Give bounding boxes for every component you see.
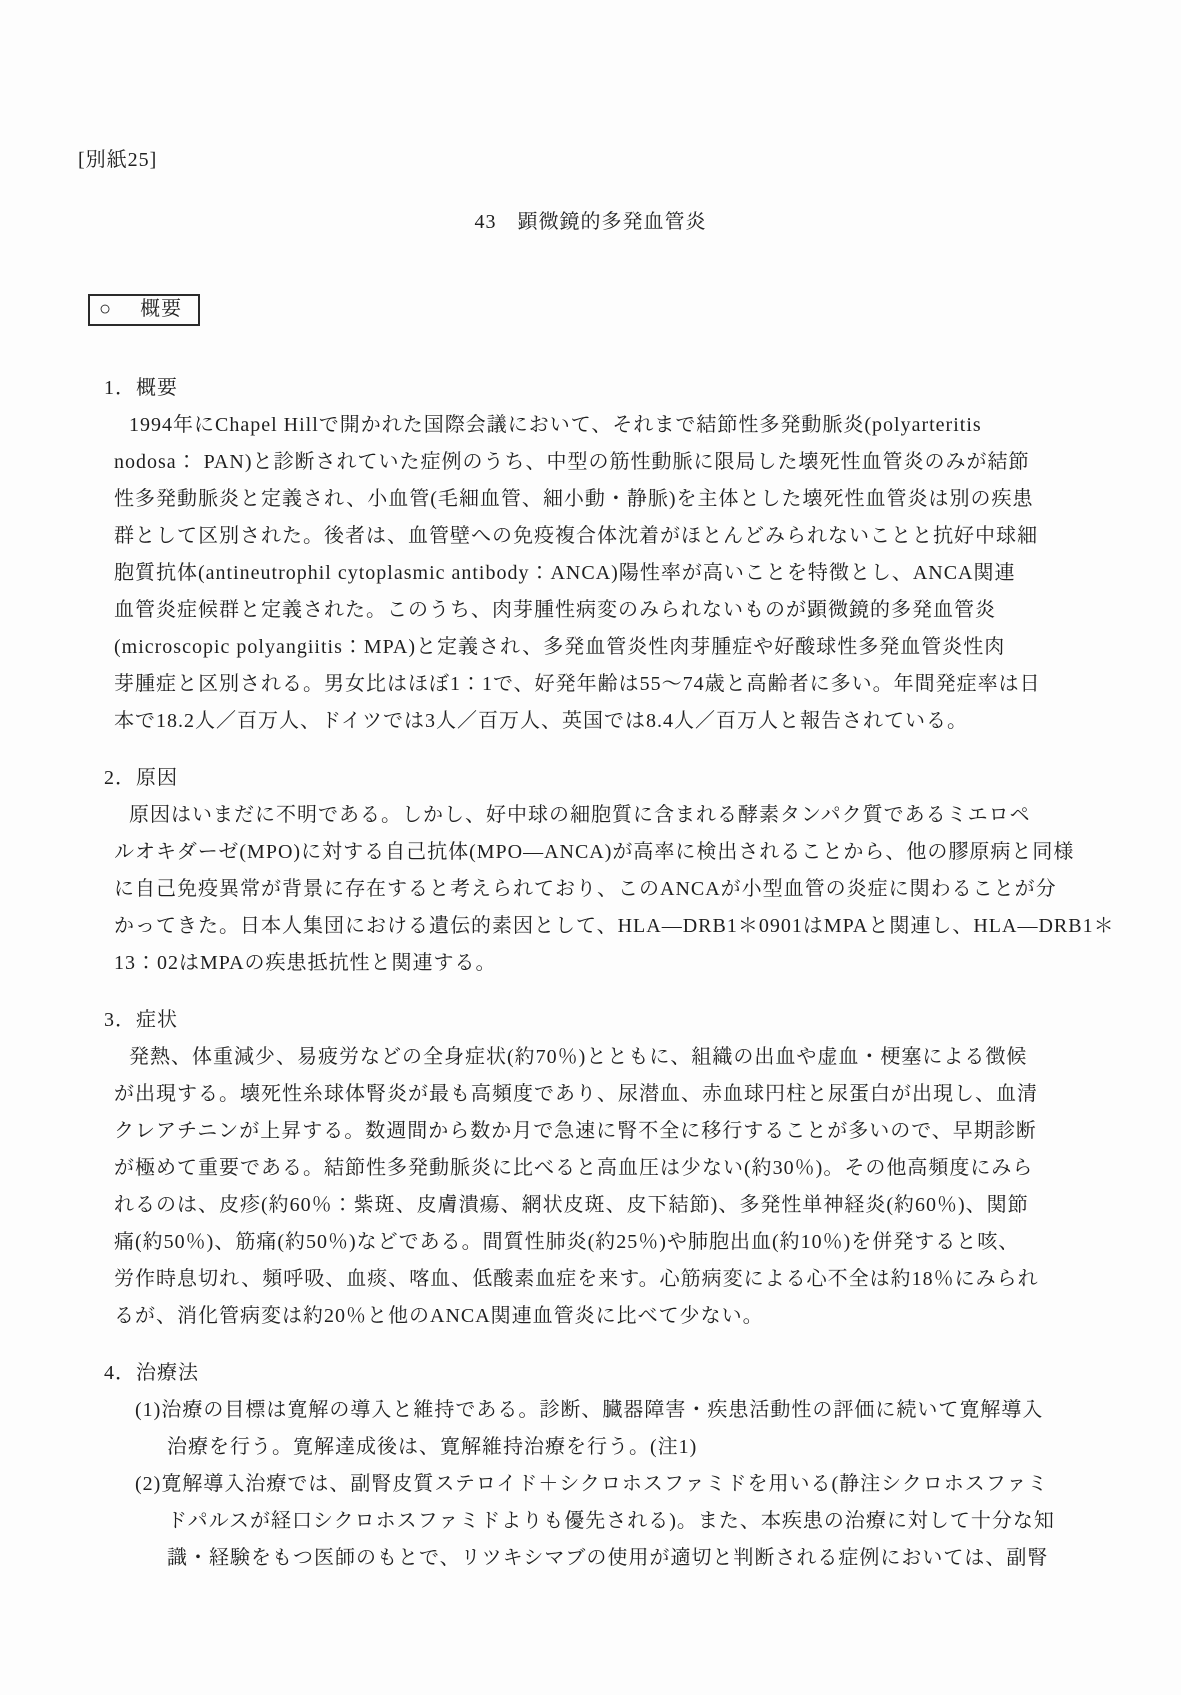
section-heading: 3．症状 [104, 1002, 1181, 1039]
section-cause: 2．原因 原因はいまだに不明である。しかし、好中球の細胞質に含まれる酵素タンパク… [78, 760, 1181, 982]
text-line: 血管炎症候群と定義された。このうち、肉芽腫性病変のみられないものが顕微鏡的多発血… [114, 592, 1181, 629]
overview-box: ○ 概要 [88, 294, 200, 326]
text-line: 群として区別された。後者は、血管壁への免疫複合体沈着がほとんどみられないことと抗… [114, 518, 1181, 555]
text-line: 本で18.2人／百万人、ドイツでは3人／百万人、英国では8.4人／百万人と報告さ… [114, 703, 1181, 740]
text-line: ルオキダーゼ(MPO)に対する自己抗体(MPO—ANCA)が高率に検出されること… [114, 834, 1181, 871]
text-line: るが、消化管病変は約20％と他のANCA関連血管炎に比べて少ない。 [114, 1298, 1181, 1335]
text-line: nodosa： PAN)と診断されていた症例のうち、中型の筋性動脈に限局した壊死… [114, 444, 1181, 481]
text-line: 性多発動脈炎と定義され、小血管(毛細血管、細小動・静脈)を主体とした壊死性血管炎… [114, 481, 1181, 518]
text-line: クレアチニンが上昇する。数週間から数か月で急速に腎不全に移行することが多いので、… [114, 1113, 1181, 1150]
paragraph: 1994年にChapel Hillで開かれた国際会議において、それまで結節性多発… [78, 407, 1181, 740]
text-line: ドパルスが経口シクロホスファミドよりも優先される)。また、本疾患の治療に対して十… [135, 1503, 1181, 1540]
text-line: (microscopic polyangiitis：MPA)と定義され、多発血管… [114, 629, 1181, 666]
paragraph: 原因はいまだに不明である。しかし、好中球の細胞質に含まれる酵素タンパク質であるミ… [78, 797, 1181, 982]
overview-box-label: 概要 [140, 297, 182, 321]
section-heading: 4．治療法 [104, 1355, 1181, 1392]
text-line: 治療を行う。寛解達成後は、寛解維持治療を行う。(注1) [135, 1429, 1181, 1466]
text-line: が極めて重要である。結節性多発動脈炎に比べると高血圧は少ない(約30％)。その他… [114, 1150, 1181, 1187]
paragraph: 発熱、体重減少、易疲労などの全身症状(約70％)とともに、組織の出血や虚血・梗塞… [78, 1039, 1181, 1335]
text-line: かってきた。日本人集団における遺伝的素因として、HLA—DRB1＊0901はMP… [114, 908, 1181, 945]
text-line: 芽腫症と区別される。男女比はほぼ1：1で、好発年齢は55〜74歳と高齢者に多い。… [114, 666, 1181, 703]
text-line: 識・経験をもつ医師のもとで、リツキシマブの使用が適切と判断される症例においては、… [135, 1540, 1181, 1577]
circle-marker: ○ [99, 297, 112, 321]
text-line: 労作時息切れ、頻呼吸、血痰、喀血、低酸素血症を来す。心筋病変による心不全は約18… [114, 1261, 1181, 1298]
document-title: 43 顕微鏡的多発血管炎 [0, 210, 1181, 234]
numbered-list: (1)治療の目標は寛解の導入と維持である。診断、臓器障害・疾患活動性の評価に続い… [135, 1392, 1181, 1577]
attachment-label: [別紙25] [78, 148, 1181, 172]
text-line: が出現する。壊死性糸球体腎炎が最も高頻度であり、尿潜血、赤血球円柱と尿蛋白が出現… [114, 1076, 1181, 1113]
section-symptoms: 3．症状 発熱、体重減少、易疲労などの全身症状(約70％)とともに、組織の出血や… [78, 1002, 1181, 1335]
text-line: 痛(約50％)、筋痛(約50％)などである。間質性肺炎(約25％)や肺胞出血(約… [114, 1224, 1181, 1261]
text-line: 13：02はMPAの疾患抵抗性と関連する。 [114, 945, 1181, 982]
text-line: れるのは、皮疹(約60％：紫斑、皮膚潰瘍、網状皮斑、皮下結節)、多発性単神経炎(… [114, 1187, 1181, 1224]
section-treatment: 4．治療法 (1)治療の目標は寛解の導入と維持である。診断、臓器障害・疾患活動性… [78, 1355, 1181, 1577]
document-page: [別紙25] 43 顕微鏡的多発血管炎 ○ 概要 1．概要 1994年にChap… [0, 0, 1181, 1695]
list-item: (1)治療の目標は寛解の導入と維持である。診断、臓器障害・疾患活動性の評価に続い… [135, 1392, 1181, 1466]
text-line: 原因はいまだに不明である。しかし、好中球の細胞質に含まれる酵素タンパク質であるミ… [114, 797, 1181, 834]
section-heading: 1．概要 [104, 370, 1181, 407]
text-line: (2)寛解導入治療では、副腎皮質ステロイド＋シクロホスファミドを用いる(静注シク… [135, 1466, 1181, 1503]
text-line: 1994年にChapel Hillで開かれた国際会議において、それまで結節性多発… [114, 407, 1181, 444]
list-item: (2)寛解導入治療では、副腎皮質ステロイド＋シクロホスファミドを用いる(静注シク… [135, 1466, 1181, 1577]
text-line: 胞質抗体(antineutrophil cytoplasmic antibody… [114, 555, 1181, 592]
text-line: (1)治療の目標は寛解の導入と維持である。診断、臓器障害・疾患活動性の評価に続い… [135, 1392, 1181, 1429]
section-overview: 1．概要 1994年にChapel Hillで開かれた国際会議において、それまで… [78, 370, 1181, 740]
section-heading: 2．原因 [104, 760, 1181, 797]
text-line: 発熱、体重減少、易疲労などの全身症状(約70％)とともに、組織の出血や虚血・梗塞… [114, 1039, 1181, 1076]
text-line: に自己免疫異常が背景に存在すると考えられており、このANCAが小型血管の炎症に関… [114, 871, 1181, 908]
